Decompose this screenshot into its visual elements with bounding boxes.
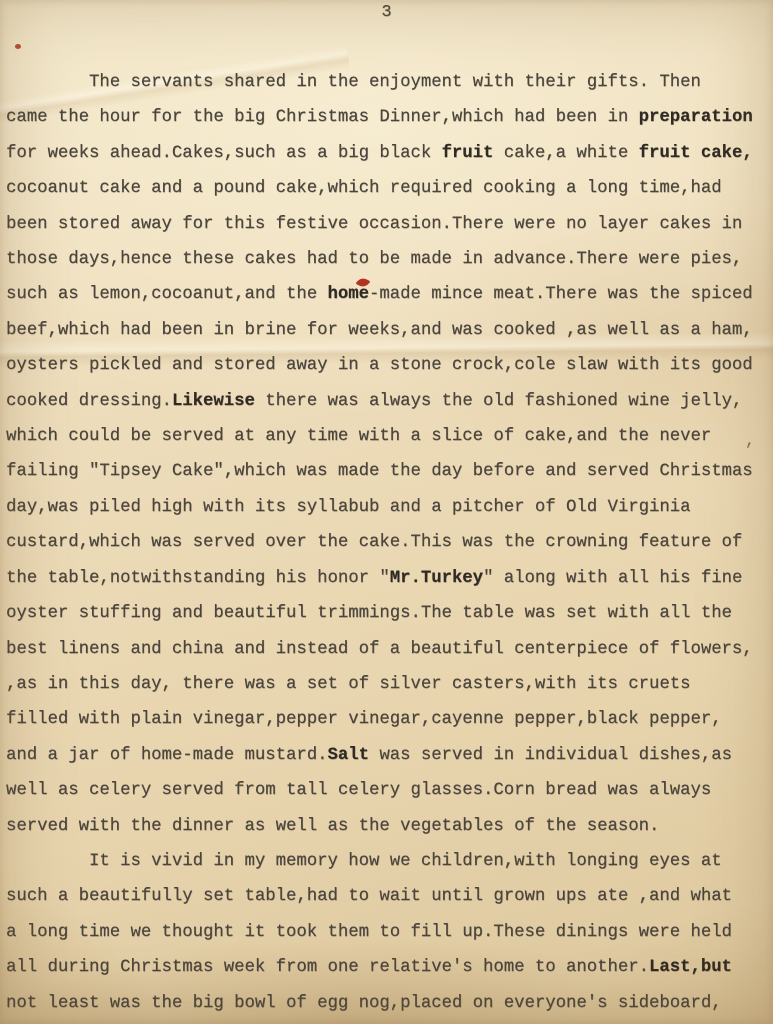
typed-line: those days,hence these cakes had to be m… (6, 242, 753, 277)
typed-line: and a jar of home-made mustard.Salt was … (6, 738, 753, 773)
typed-line: cocoanut cake and a pound cake,which req… (6, 171, 753, 206)
typed-line: The servants shared in the enjoyment wit… (6, 65, 753, 100)
typed-line: the table,notwithstanding his honor "Mr.… (6, 561, 753, 596)
typed-line: came the hour for the big Christmas Dinn… (6, 100, 753, 135)
typed-line: for weeks ahead.Cakes,such as a big blac… (6, 136, 753, 171)
typed-line: been stored away for this festive occasi… (6, 207, 753, 242)
stray-ink-comma-mark: , (745, 432, 755, 451)
typed-text: The servants shared in the enjoyment wit… (6, 65, 753, 1021)
typed-line: ,as in this day, there was a set of silv… (6, 667, 753, 702)
typed-line: oysters pickled and stored away in a sto… (6, 348, 753, 383)
typed-line: well as celery served from tall celery g… (6, 773, 753, 808)
typescript-page: 3 The servants shared in the enjoyment w… (0, 0, 773, 1024)
typed-line: filled with plain vinegar,pepper vinegar… (6, 702, 753, 737)
typed-line: which could be served at any time with a… (6, 419, 753, 454)
typed-line: cooked dressing.Likewise there was alway… (6, 384, 753, 419)
typed-line: all during Christmas week from one relat… (6, 950, 753, 985)
typed-line: beef,which had been in brine for weeks,a… (6, 313, 753, 348)
page-number: 3 (0, 3, 773, 22)
typed-line: day,was piled high with its syllabub and… (6, 490, 753, 525)
typed-line: custard,which was served over the cake.T… (6, 525, 753, 560)
typed-line: oyster stuffing and beautiful trimmings.… (6, 596, 753, 631)
typed-line: a long time we thought it took them to f… (6, 915, 753, 950)
typed-line: best linens and china and instead of a b… (6, 632, 753, 667)
typed-line: It is vivid in my memory how we children… (6, 844, 753, 879)
typed-line: not least was the big bowl of egg nog,pl… (6, 986, 753, 1021)
red-ink-dot-mark (15, 44, 21, 49)
typed-line: failing "Tipsey Cake",which was made the… (6, 454, 753, 489)
typed-line: such a beautifully set table,had to wait… (6, 879, 753, 914)
typed-line: served with the dinner as well as the ve… (6, 809, 753, 844)
typed-line: such as lemon,cocoanut,and the home-made… (6, 277, 753, 312)
